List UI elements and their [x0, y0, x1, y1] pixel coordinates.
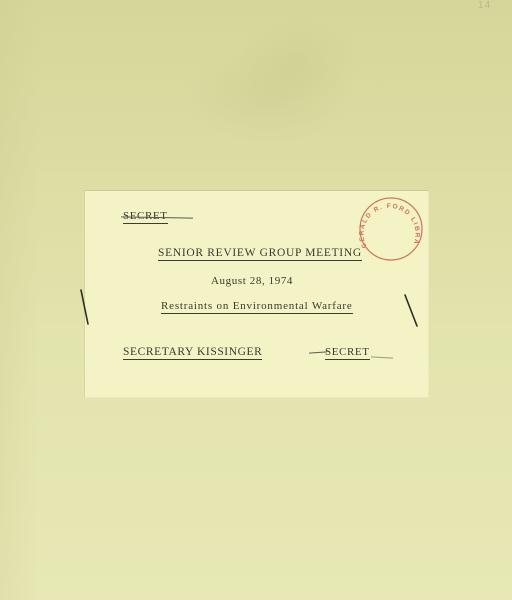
meeting-title: SENIOR REVIEW GROUP MEETING [158, 247, 362, 261]
classification-bottom-strike-trail [371, 356, 393, 358]
classification-bottom: SECRET [325, 346, 370, 360]
pen-mark-left [78, 288, 92, 328]
pen-mark-right [402, 292, 422, 332]
addressee: SECRETARY KISSINGER [123, 346, 262, 360]
library-stamp-text: GERALD R. FORD LIBRARY [355, 195, 421, 249]
svg-text:GERALD R. FORD LIBRARY: GERALD R. FORD LIBRARY [355, 195, 421, 249]
library-stamp: GERALD R. FORD LIBRARY [355, 195, 423, 263]
document-card: SECRET GERALD R. FORD LIBRARY SENIOR REV… [84, 190, 428, 397]
meeting-date: August 28, 1974 [211, 275, 293, 287]
archive-corner-note: 14 [478, 0, 491, 11]
meeting-subject: Restraints on Environmental Warfare [161, 300, 353, 314]
